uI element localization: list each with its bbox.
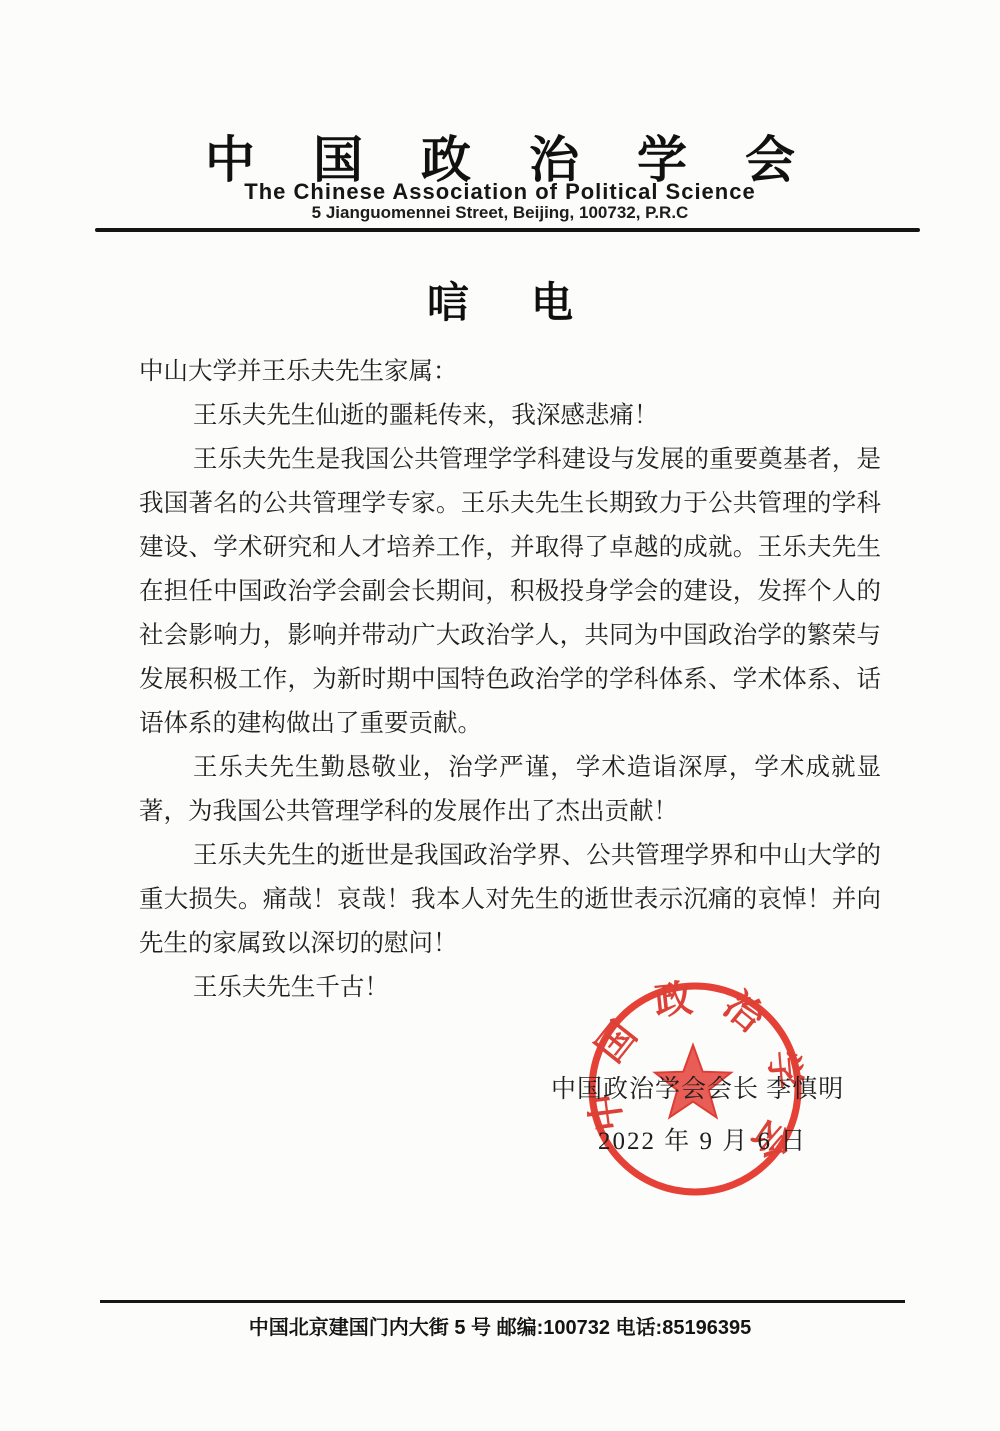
paragraph: 王乐夫先生仙逝的噩耗传来，我深感悲痛！ xyxy=(139,394,881,438)
salutation: 中山大学并王乐夫先生家属： xyxy=(139,350,881,394)
signature-date: 2022 年 9 月 6 日 xyxy=(598,1121,807,1157)
letterhead-divider xyxy=(95,228,920,232)
paragraph: 王乐夫先生的逝世是我国政治学界、公共管理学界和中山大学的重大损失。痛哉！哀哉！我… xyxy=(139,834,881,966)
signature-line: 中国政治学会会长 李慎明 xyxy=(551,1069,844,1105)
letter-body: 中山大学并王乐夫先生家属： 王乐夫先生仙逝的噩耗传来，我深感悲痛！ 王乐夫先生是… xyxy=(139,350,881,1010)
footer-contact: 中国北京建国门内大街 5 号 邮编:100732 电话:85196395 xyxy=(0,1311,1000,1340)
org-name-en: The Chinese Association of Political Sci… xyxy=(0,179,1000,205)
footer-divider xyxy=(100,1300,905,1303)
letter-title: 唁电 xyxy=(0,270,1000,330)
org-address: 5 Jianguomennei Street, Beijing, 100732,… xyxy=(0,203,1000,223)
letter-page: 中国政治学会 The Chinese Association of Politi… xyxy=(0,0,1000,1431)
paragraph: 王乐夫先生千古！ xyxy=(139,966,881,1010)
paragraph: 王乐夫先生勤恳敬业，治学严谨，学术造诣深厚，学术成就显著，为我国公共管理学科的发… xyxy=(139,746,881,834)
paragraph: 王乐夫先生是我国公共管理学学科建设与发展的重要奠基者，是我国著名的公共管理学专家… xyxy=(139,438,881,746)
